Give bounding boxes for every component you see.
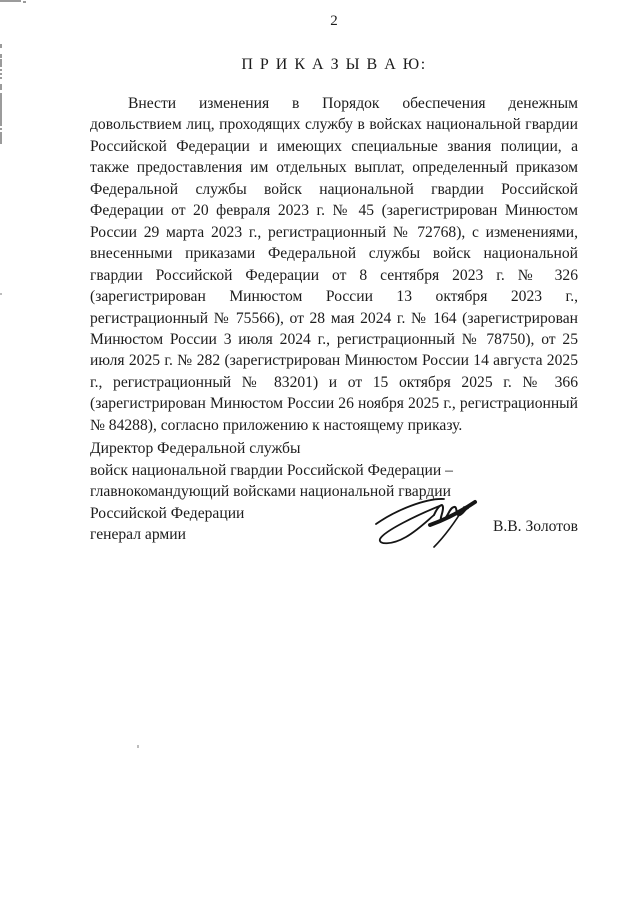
signature-title-line: войск национальной гвардии Российской Фе…: [90, 460, 520, 482]
scan-artifact: [0, 84, 2, 90]
signature-title-line: Директор Федеральной службы: [90, 438, 520, 460]
scan-artifact: [0, 293, 2, 295]
scan-artifact: [137, 745, 139, 748]
scan-artifact: [0, 132, 2, 144]
document-page: 2 П Р И К А З Ы В А Ю: Внести изменения …: [0, 0, 640, 905]
handwritten-signature-icon: [372, 492, 487, 552]
page-number: 2: [90, 13, 578, 30]
scan-artifact: [0, 54, 2, 58]
scan-artifact: [0, 128, 2, 130]
signatory-name: В.В. Золотов: [493, 518, 578, 536]
scan-artifact: [23, 1, 26, 3]
scan-artifact: [0, 59, 2, 67]
scan-artifact: [0, 69, 2, 71]
scan-artifact: [0, 73, 2, 75]
order-heading: П Р И К А З Ы В А Ю:: [90, 56, 578, 74]
body-paragraph: Внести изменения в Порядок обеспечения д…: [90, 93, 578, 436]
scan-artifact: [0, 44, 2, 48]
scan-artifact: [0, 0, 21, 2]
scan-artifact: [0, 93, 2, 126]
scan-artifact: [0, 77, 2, 79]
